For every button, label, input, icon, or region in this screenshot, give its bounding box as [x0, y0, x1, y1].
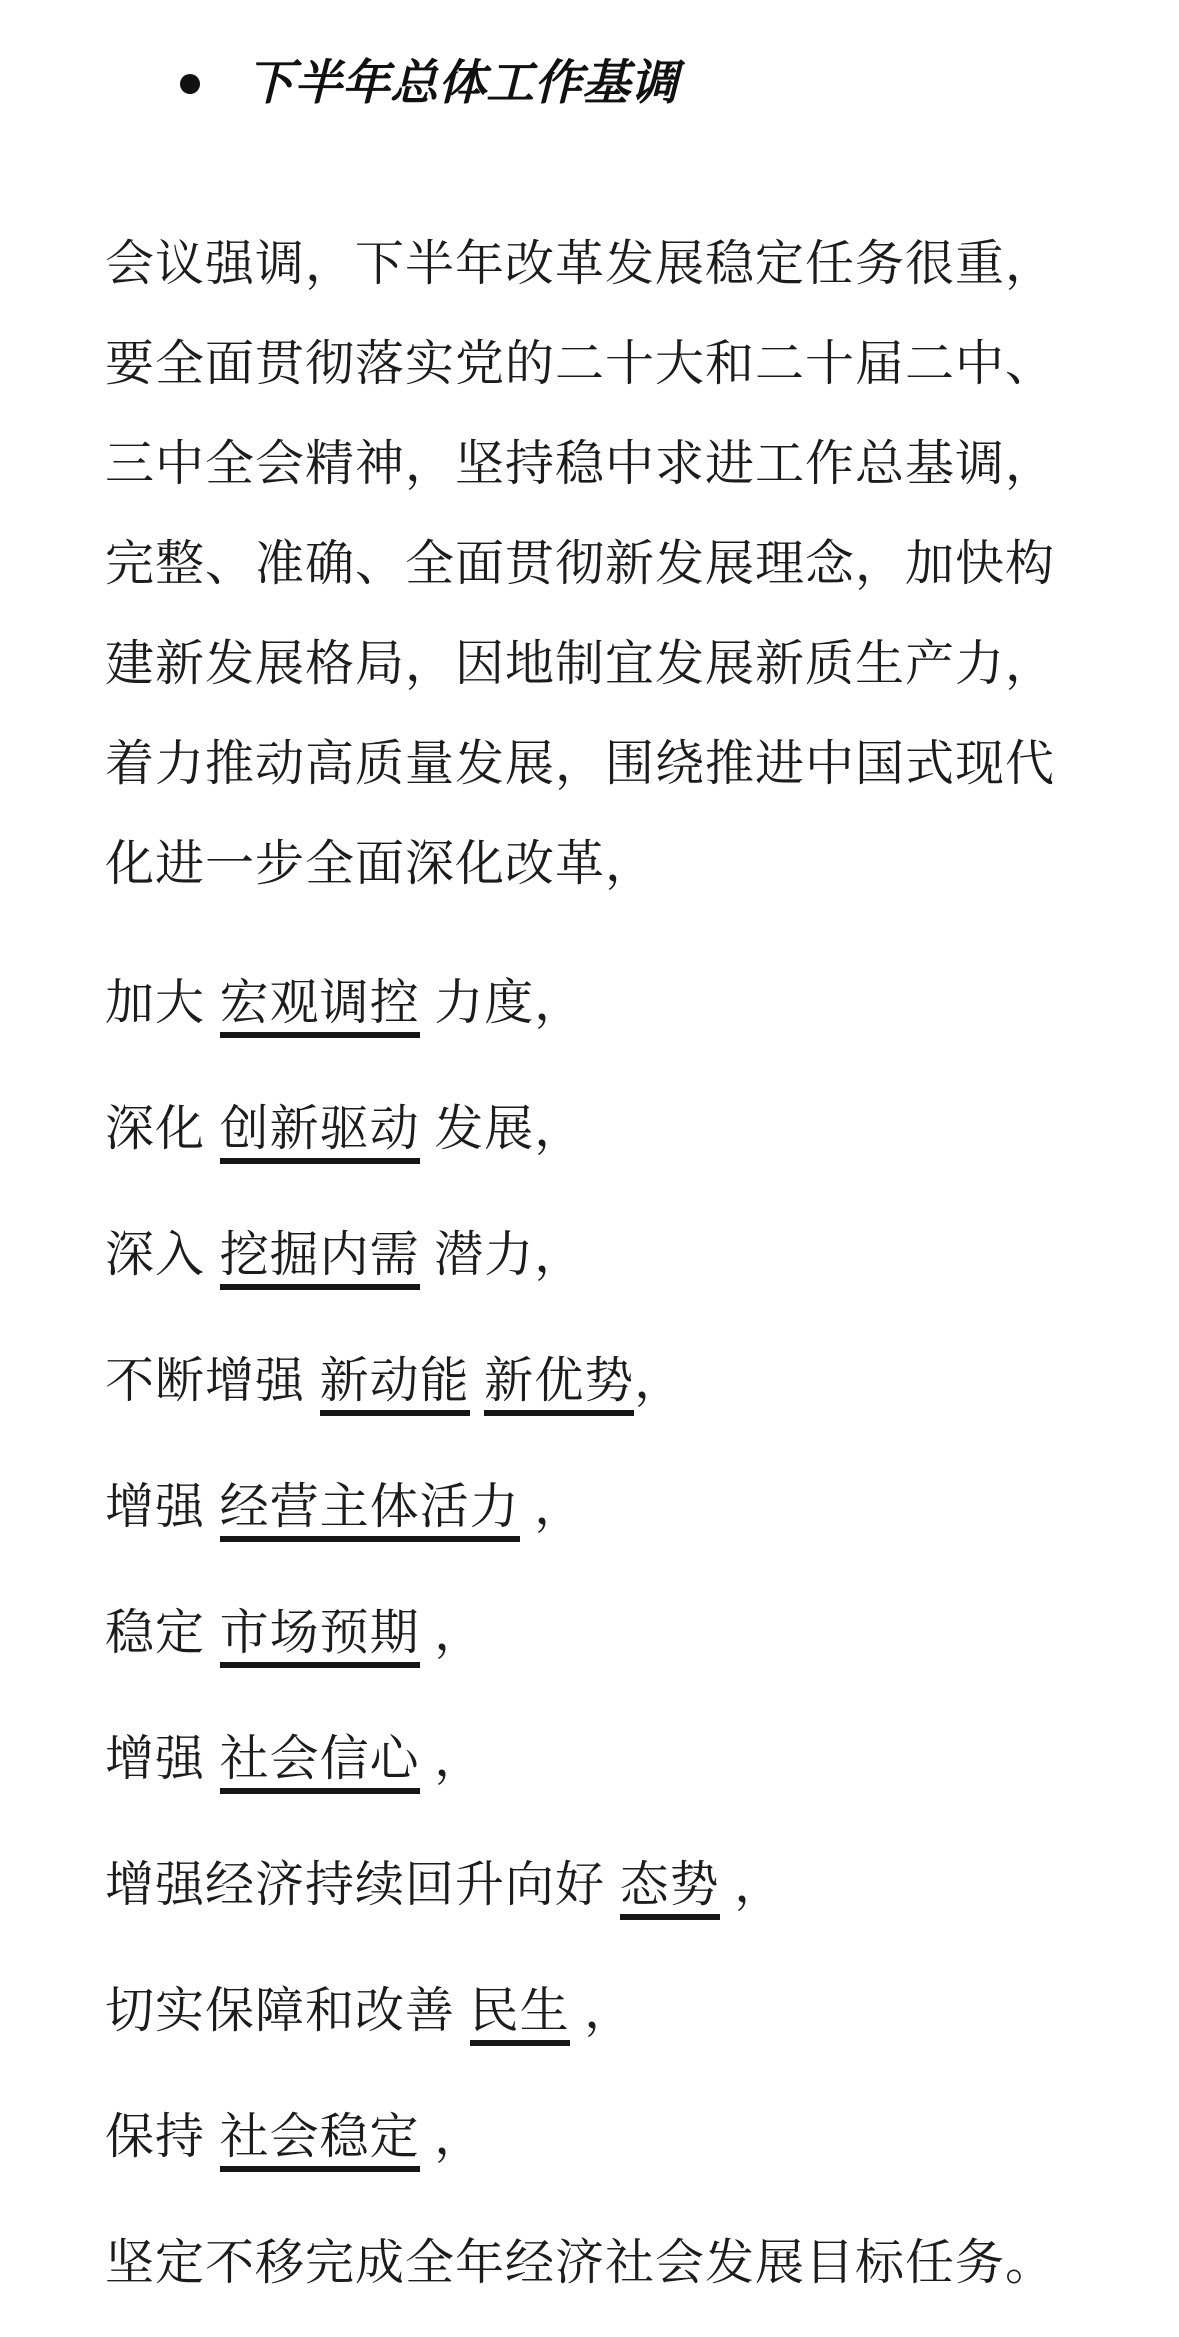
statement-text: 坚定不移完成全年经济社会发展目标任务。: [105, 2236, 1055, 2290]
statement-text: 不断增强: [105, 1354, 320, 1408]
paragraph-line: 会议强调，下半年改革发展稳定任务很重，: [105, 214, 1139, 314]
underlined-phrase: 态势: [620, 1858, 720, 1920]
underlined-phrase: 市场预期: [220, 1606, 420, 1668]
statement-line: 稳定 市场预期 ，: [105, 1583, 1139, 1683]
statement-text: 潜力，: [420, 1228, 585, 1282]
statement-text: ，: [634, 1354, 684, 1408]
statement-line: 不断增强 新动能 新优势，: [105, 1331, 1139, 1431]
underlined-phrase: 民生: [470, 1984, 570, 2046]
statement-text: [470, 1354, 485, 1408]
statement-text: 增强: [105, 1732, 220, 1786]
statement-text: 发展，: [420, 1102, 585, 1156]
statement-text: ，: [420, 1606, 485, 1660]
statement-text: 加大: [105, 976, 220, 1030]
statement-text: ，: [520, 1480, 585, 1534]
underlined-phrase: 经营主体活力: [220, 1480, 520, 1542]
paragraph-line: 着力推动高质量发展，围绕推进中国式现代: [105, 714, 1139, 814]
paragraph-line: 化进一步全面深化改革，: [105, 814, 1139, 914]
statement-text: ，: [420, 1732, 485, 1786]
statement-line: 深化 创新驱动 发展，: [105, 1079, 1139, 1179]
section-heading-text: 下半年总体工作基调: [246, 52, 678, 116]
statement-text: 深化: [105, 1102, 220, 1156]
statement-line: 加大 宏观调控 力度，: [105, 953, 1139, 1053]
underlined-phrase: 新优势: [484, 1354, 634, 1416]
statement-text: ，: [420, 2110, 485, 2164]
statement-text: 力度，: [420, 976, 585, 1030]
underlined-phrase: 社会信心: [220, 1732, 420, 1794]
statement-text: 增强经济持续回升向好: [105, 1858, 620, 1912]
underlined-phrase: 挖掘内需: [220, 1228, 420, 1290]
statement-text: ，: [720, 1858, 785, 1912]
statement-line: 增强 经营主体活力 ，: [105, 1457, 1139, 1557]
statement-text: 切实保障和改善: [105, 1984, 470, 2038]
statement-text: ，: [570, 1984, 635, 2038]
statement-text: 稳定: [105, 1606, 220, 1660]
statement-line: 保持 社会稳定 ，: [105, 2087, 1139, 2187]
paragraph-line: 三中全会精神，坚持稳中求进工作总基调，: [105, 414, 1139, 514]
paragraph-line: 要全面贯彻落实党的二十大和二十届二中、: [105, 314, 1139, 414]
statement-text: 增强: [105, 1480, 220, 1534]
statement-line: 坚定不移完成全年经济社会发展目标任务。: [105, 2213, 1139, 2313]
statement-line: 切实保障和改善 民生 ，: [105, 1961, 1139, 2061]
underlined-phrase: 新动能: [320, 1354, 470, 1416]
paragraph-line: 完整、准确、全面贯彻新发展理念，加快构: [105, 514, 1139, 614]
section-heading: 下半年总体工作基调: [105, 0, 1139, 116]
article-body: 下半年总体工作基调 会议强调，下半年改革发展稳定任务很重， 要全面贯彻落实党的二…: [0, 0, 1179, 2313]
statement-line: 增强 社会信心 ，: [105, 1709, 1139, 1809]
underlined-phrase: 创新驱动: [220, 1102, 420, 1164]
statement-text: 保持: [105, 2110, 220, 2164]
statement-line: 增强经济持续回升向好 态势 ，: [105, 1835, 1139, 1935]
underlined-phrase: 宏观调控: [220, 976, 420, 1038]
underlined-phrase: 社会稳定: [220, 2110, 420, 2172]
bullet-icon: [180, 74, 200, 94]
statement-text: 深入: [105, 1228, 220, 1282]
paragraph: 会议强调，下半年改革发展稳定任务很重， 要全面贯彻落实党的二十大和二十届二中、 …: [105, 214, 1139, 914]
statement-line: 深入 挖掘内需 潜力，: [105, 1205, 1139, 1305]
paragraph-line: 建新发展格局，因地制宜发展新质生产力，: [105, 614, 1139, 714]
